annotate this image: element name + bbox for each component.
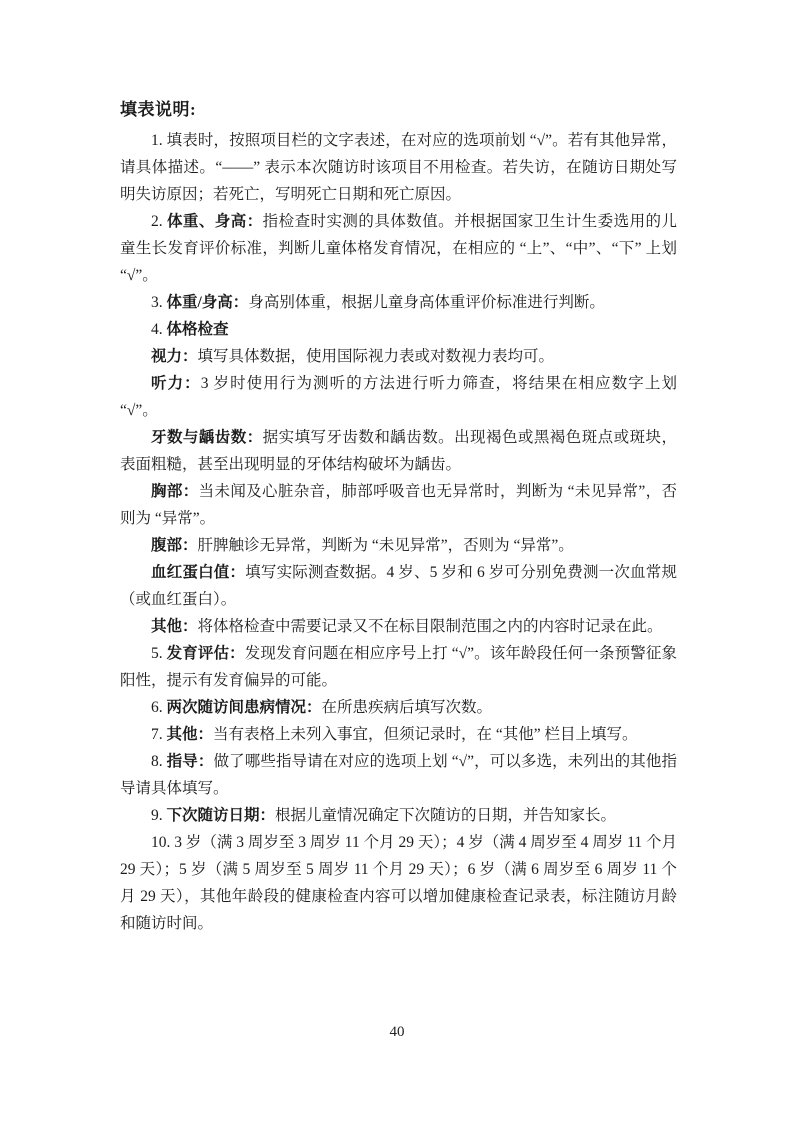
text-run: 1. 填表时，按照项目栏的文字表述，在对应的选项前划 “√”。若有其他异常，请具… bbox=[120, 132, 677, 203]
paragraph: 其他：将体格检查中需要记录又不在标目限制范围之内的内容时记录在此。 bbox=[120, 613, 677, 640]
text-run: 当未闻及心脏杂音，肺部呼吸音也无异常时，判断为 “未见异常”，否则为 “异常”。 bbox=[120, 483, 677, 527]
paragraph: 8. 指导：做了哪些指导请在对应的选项上划 “√”，可以多选，未列出的其他指导请… bbox=[120, 748, 677, 802]
term-label: 体格检查 bbox=[167, 321, 229, 338]
term-label: 体重、身高： bbox=[167, 213, 263, 230]
text-run: 8. bbox=[151, 753, 167, 770]
term-label: 腹部： bbox=[151, 537, 198, 554]
paragraph: 2. 体重、身高：指检查时实测的具体数值。并根据国家卫生计生委选用的儿童生长发育… bbox=[120, 208, 677, 289]
section-title: 填表说明: bbox=[120, 96, 677, 123]
paragraph: 牙数与龋齿数：据实填写牙齿数和龋齿数。出现褐色或黑褐色斑点或斑块，表面粗糙，甚至… bbox=[120, 424, 677, 478]
text-run: 填写具体数据，使用国际视力表或对数视力表均可。 bbox=[198, 348, 555, 365]
term-label: 胸部： bbox=[151, 483, 199, 500]
term-label: 血红蛋白值： bbox=[151, 564, 245, 581]
paragraph: 5. 发育评估：发现发育问题在相应序号上打 “√”。该年龄段任何一条预警征象阳性… bbox=[120, 640, 677, 694]
term-label: 体重/身高： bbox=[167, 294, 249, 311]
paragraph: 9. 下次随访日期：根据儿童情况确定下次随访的日期，并告知家长。 bbox=[120, 802, 677, 829]
text-run: 当有表格上未列入事宜，但须记录时，在 “其他” 栏目上填写。 bbox=[213, 726, 638, 743]
text-run: 5. bbox=[151, 645, 167, 662]
term-label: 其他： bbox=[167, 726, 214, 743]
text-run: 将体格检查中需要记录又不在标目限制范围之内的内容时记录在此。 bbox=[198, 618, 663, 635]
term-label: 视力： bbox=[151, 348, 198, 365]
paragraph: 听力：3 岁时使用行为测听的方法进行听力筛查，将结果在相应数字上划 “√”。 bbox=[120, 370, 677, 424]
paragraph: 3. 体重/身高：身高别体重，根据儿童身高体重评价标准进行判断。 bbox=[120, 289, 677, 316]
instructions-body: 1. 填表时，按照项目栏的文字表述，在对应的选项前划 “√”。若有其他异常，请具… bbox=[120, 127, 677, 937]
text-run: 身高别体重，根据儿童身高体重评价标准进行判断。 bbox=[248, 294, 605, 311]
text-run: 根据儿童情况确定下次随访的日期，并告知家长。 bbox=[275, 807, 616, 824]
paragraph: 7. 其他：当有表格上未列入事宜，但须记录时，在 “其他” 栏目上填写。 bbox=[120, 721, 677, 748]
paragraph: 胸部：当未闻及心脏杂音，肺部呼吸音也无异常时，判断为 “未见异常”，否则为 “异… bbox=[120, 478, 677, 532]
paragraph: 4. 体格检查 bbox=[120, 316, 677, 343]
text-run: 3. bbox=[151, 294, 167, 311]
text-run: 6. bbox=[151, 699, 167, 716]
paragraph: 血红蛋白值：填写实际测查数据。4 岁、5 岁和 6 岁可分别免费测一次血常规（或… bbox=[120, 559, 677, 613]
page-number: 40 bbox=[0, 1022, 794, 1042]
text-run: 肝脾触诊无异常，判断为 “未见异常”，否则为 “异常”。 bbox=[198, 537, 574, 554]
text-run: 9. bbox=[151, 807, 167, 824]
instructions-section: 填表说明: 1. 填表时，按照项目栏的文字表述，在对应的选项前划 “√”。若有其… bbox=[120, 96, 677, 937]
text-run: 7. bbox=[151, 726, 167, 743]
paragraph: 6. 两次随访间患病情况：在所患疾病后填写次数。 bbox=[120, 694, 677, 721]
text-run: 3 岁时使用行为测听的方法进行听力筛查，将结果在相应数字上划 “√”。 bbox=[120, 375, 677, 419]
term-label: 两次随访间患病情况： bbox=[167, 699, 322, 716]
paragraph: 腹部：肝脾触诊无异常，判断为 “未见异常”，否则为 “异常”。 bbox=[120, 532, 677, 559]
document-page: 填表说明: 1. 填表时，按照项目栏的文字表述，在对应的选项前划 “√”。若有其… bbox=[0, 0, 794, 1122]
term-label: 下次随访日期： bbox=[167, 807, 276, 824]
term-label: 发育评估： bbox=[167, 645, 245, 662]
text-run: 在所患疾病后填写次数。 bbox=[322, 699, 493, 716]
term-label: 听力： bbox=[151, 375, 201, 392]
paragraph: 视力：填写具体数据，使用国际视力表或对数视力表均可。 bbox=[120, 343, 677, 370]
term-label: 其他： bbox=[151, 618, 198, 635]
paragraph: 1. 填表时，按照项目栏的文字表述，在对应的选项前划 “√”。若有其他异常，请具… bbox=[120, 127, 677, 208]
text-run: 10. 3 岁（满 3 周岁至 3 周岁 11 个月 29 天）；4 岁（满 4… bbox=[120, 834, 677, 932]
text-run: 4. bbox=[151, 321, 167, 338]
term-label: 指导： bbox=[167, 753, 214, 770]
term-label: 牙数与龋齿数： bbox=[151, 429, 263, 446]
paragraph: 10. 3 岁（满 3 周岁至 3 周岁 11 个月 29 天）；4 岁（满 4… bbox=[120, 829, 677, 937]
text-run: 2. bbox=[151, 213, 167, 230]
